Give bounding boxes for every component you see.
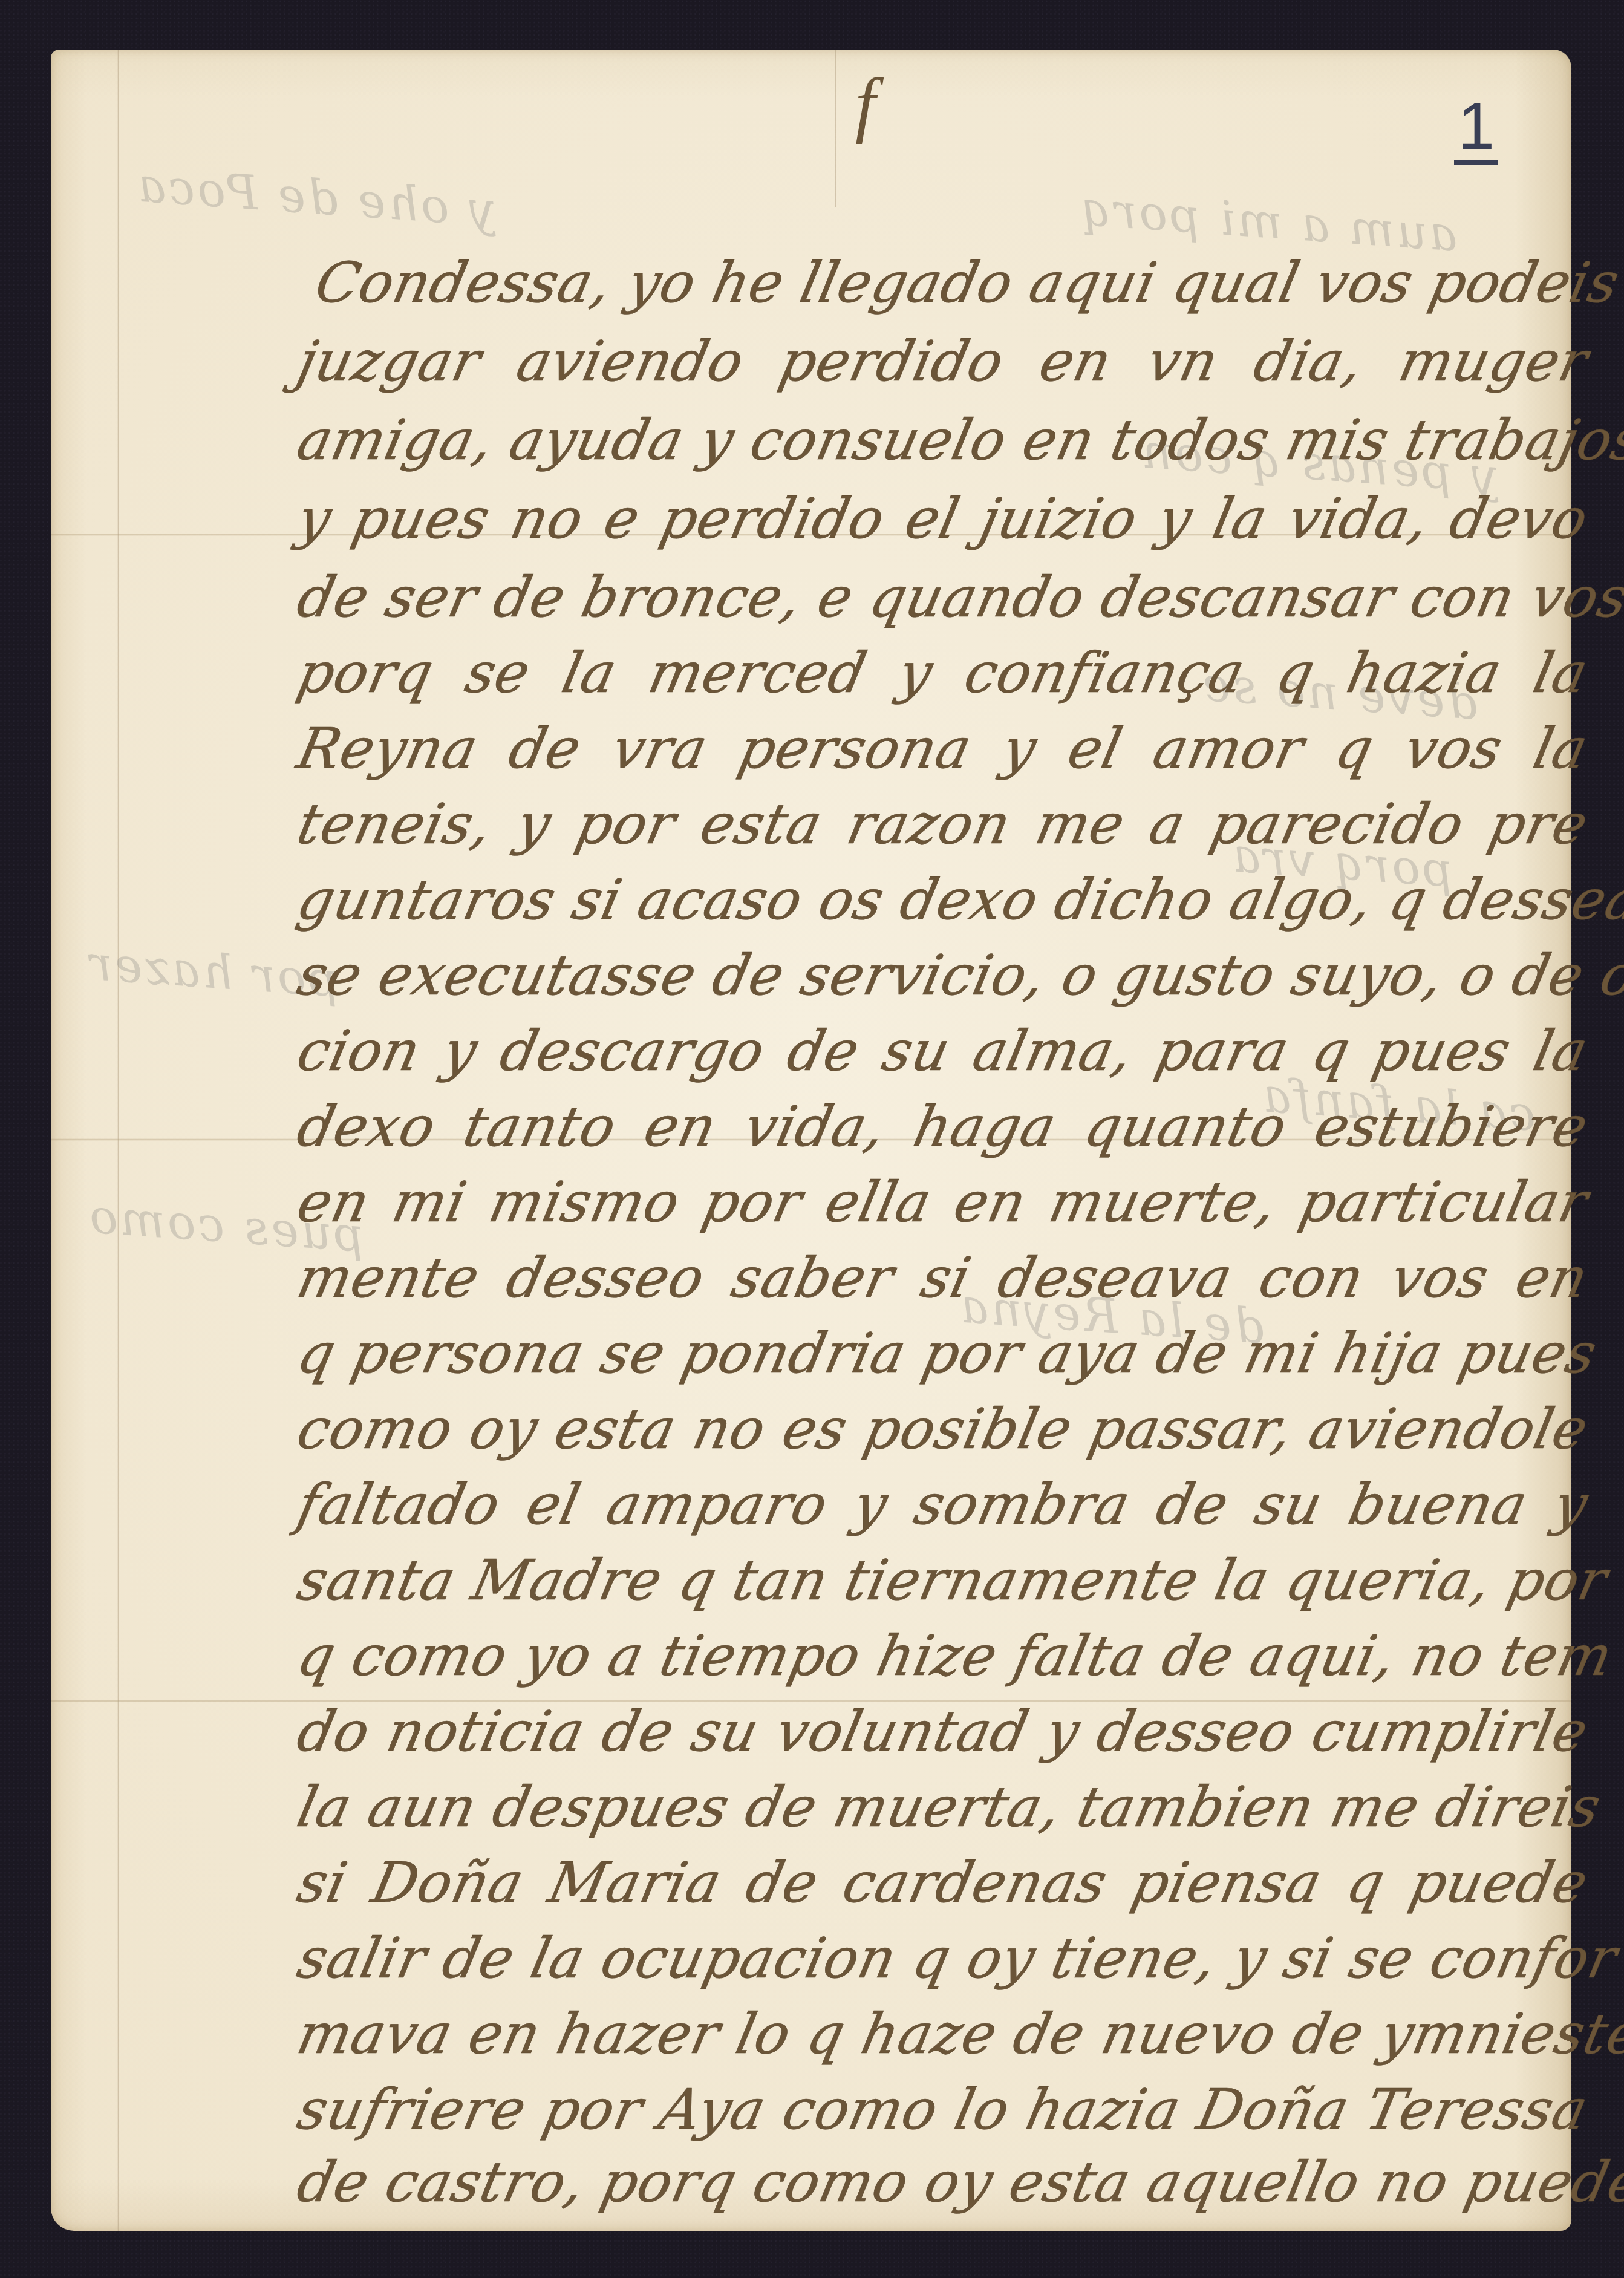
text-line: Condessa, yo he llegado aqui qual vos po… bbox=[311, 255, 1611, 311]
text-line: faltado el amparo y sombra de su buena y bbox=[293, 1477, 1593, 1533]
text-line: guntaros si acaso os dexo dicho algo, q … bbox=[293, 872, 1593, 928]
text-line: en mi mismo por ella en muerte, particul… bbox=[293, 1175, 1593, 1230]
text-line: si Doña Maria de cardenas piensa q puede bbox=[293, 1855, 1593, 1911]
text-line: Reyna de vra persona y el amor q vos la bbox=[293, 721, 1593, 777]
text-line: q como yo a tiempo hize falta de aqui, n… bbox=[293, 1628, 1593, 1684]
manuscript-page: y ohe de Poca aum a mi porq y penas q co… bbox=[51, 50, 1571, 2231]
text-line: juzgar aviendo perdido en vn dia, muger bbox=[293, 334, 1593, 390]
page-crease-center bbox=[835, 50, 836, 207]
text-line: como oy esta no es posible passar, avien… bbox=[293, 1402, 1593, 1457]
text-line: porq se la merced y confiança q hazia la bbox=[293, 645, 1593, 701]
text-line: de ser de bronce, e quando descansar con… bbox=[293, 570, 1593, 625]
text-line: salir de la ocupacion q oy tiene, y si s… bbox=[293, 1931, 1593, 1986]
text-line: y pues no e perdido el juizio y la vida,… bbox=[293, 491, 1593, 547]
text-line: dexo tanto en vida, haga quanto estubier… bbox=[293, 1099, 1593, 1155]
text-line: do noticia de su voluntad y desseo cumpl… bbox=[293, 1704, 1593, 1760]
folio-number: 1 bbox=[1454, 93, 1498, 165]
text-line: q persona se pondria por aya de mi hija … bbox=[293, 1326, 1593, 1382]
foliation-mark: f bbox=[855, 68, 875, 140]
bleed-through-text: y ohe de Poca bbox=[134, 158, 498, 237]
text-line: mente desseo saber si deseava con vos en bbox=[293, 1250, 1593, 1306]
text-line: teneis, y por esta razon me a parecido p… bbox=[293, 797, 1593, 852]
text-line: santa Madre q tan tiernamente la queria,… bbox=[293, 1553, 1593, 1608]
text-line: cion y descargo de su alma, para q pues … bbox=[293, 1023, 1593, 1079]
text-line: se executasse de servicio, o gusto suyo,… bbox=[293, 948, 1593, 1004]
text-line: sufriere por Aya como lo hazia Doña Tere… bbox=[293, 2082, 1593, 2138]
text-line: mava en hazer lo q haze de nuevo de ymni… bbox=[293, 2006, 1593, 2062]
text-line: la aun despues de muerta, tambien me dir… bbox=[293, 1780, 1593, 1835]
text-line: de castro, porq como oy esta aquello no … bbox=[293, 2155, 1593, 2210]
text-line: amiga, ayuda y consuelo en todos mis tra… bbox=[293, 413, 1593, 468]
